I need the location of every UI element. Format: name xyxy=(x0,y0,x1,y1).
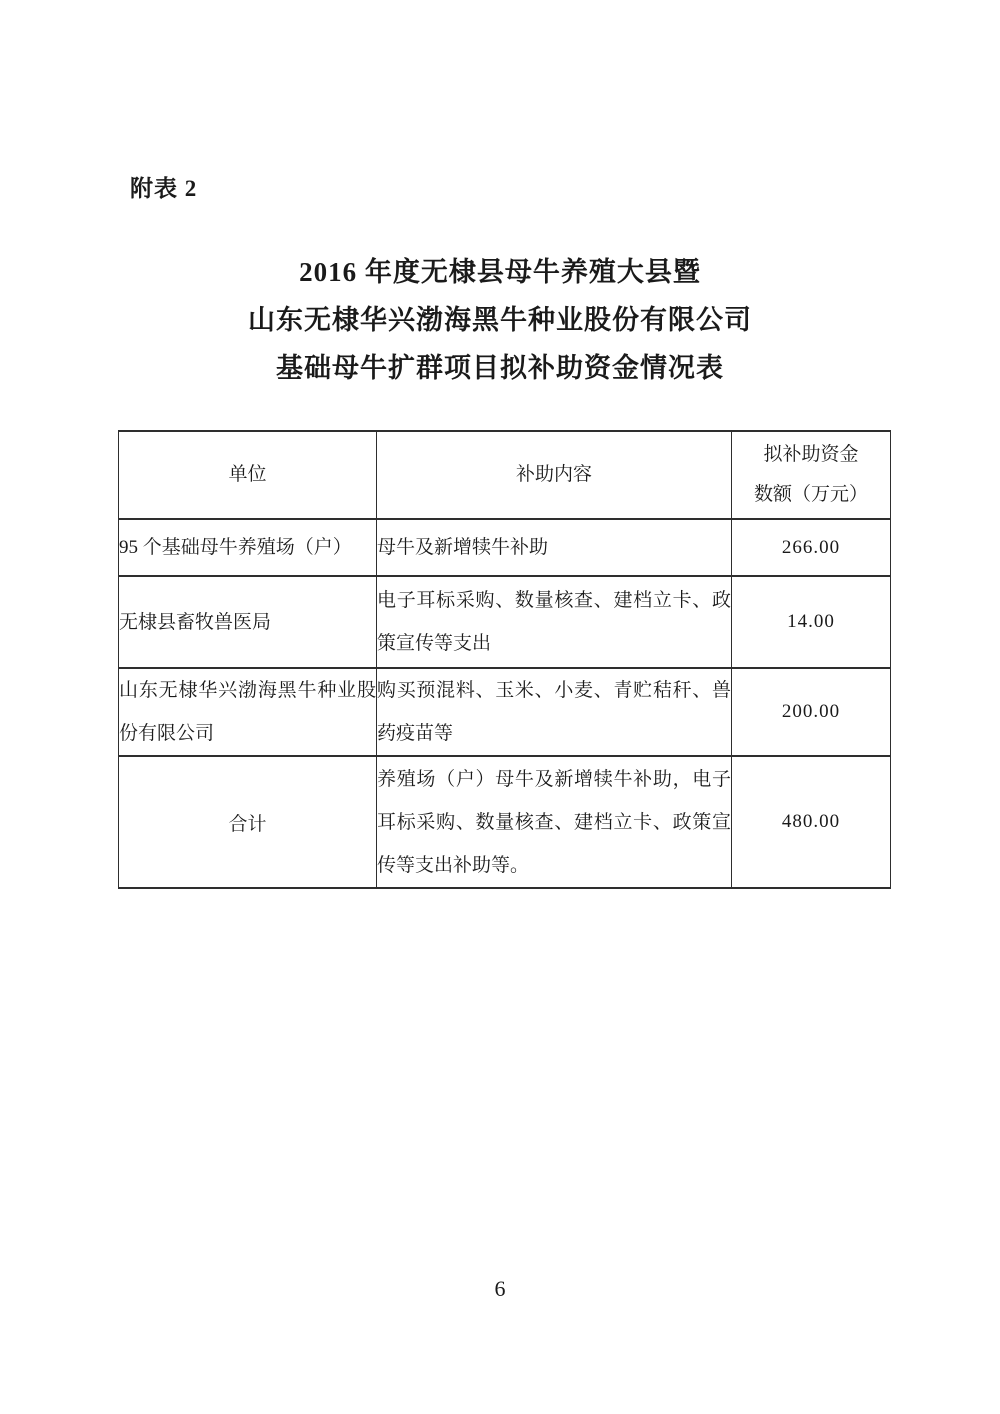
row-3-content: 购买预混料、玉米、小麦、青贮秸秆、兽药疫苗等 xyxy=(377,668,732,756)
header-content: 补助内容 xyxy=(377,431,732,519)
table-total-row: 合计 养殖场（户）母牛及新增犊牛补助，电子耳标采购、数量核查、建档立卡、政策宣传… xyxy=(119,756,891,888)
document-title: 2016 年度无棣县母牛养殖大县暨 山东无棣华兴渤海黑牛种业股份有限公司 基础母… xyxy=(0,248,1000,392)
header-unit: 单位 xyxy=(119,431,377,519)
subsidy-table: 单位 补助内容 拟补助资金 数额（万元） 95 个基础母牛养殖场（户） 母牛及新… xyxy=(118,430,891,889)
row-1-content: 母牛及新增犊牛补助 xyxy=(377,519,732,576)
total-row-amount: 480.00 xyxy=(732,756,891,888)
row-1-unit: 95 个基础母牛养殖场（户） xyxy=(119,519,377,576)
document-title-line-3: 基础母牛扩群项目拟补助资金情况表 xyxy=(0,344,1000,392)
row-3-amount: 200.00 xyxy=(732,668,891,756)
total-row-label: 合计 xyxy=(119,756,377,888)
row-3-unit: 山东无棣华兴渤海黑牛种业股份有限公司 xyxy=(119,668,377,756)
total-row-content: 养殖场（户）母牛及新增犊牛补助，电子耳标采购、数量核查、建档立卡、政策宣传等支出… xyxy=(377,756,732,888)
document-title-line-2: 山东无棣华兴渤海黑牛种业股份有限公司 xyxy=(0,296,1000,344)
table-row: 山东无棣华兴渤海黑牛种业股份有限公司 购买预混料、玉米、小麦、青贮秸秆、兽药疫苗… xyxy=(119,668,891,756)
row-2-amount: 14.00 xyxy=(732,576,891,668)
table-row: 无棣县畜牧兽医局 电子耳标采购、数量核查、建档立卡、政策宣传等支出 14.00 xyxy=(119,576,891,668)
table-header-row: 单位 补助内容 拟补助资金 数额（万元） xyxy=(119,431,891,519)
header-amount: 拟补助资金 数额（万元） xyxy=(732,431,891,519)
appendix-label: 附表 2 xyxy=(130,170,197,203)
table-row: 95 个基础母牛养殖场（户） 母牛及新增犊牛补助 266.00 xyxy=(119,519,891,576)
header-amount-line-2: 数额（万元） xyxy=(732,475,890,515)
row-1-amount: 266.00 xyxy=(732,519,891,576)
page-number: 6 xyxy=(0,1276,1000,1302)
row-2-unit: 无棣县畜牧兽医局 xyxy=(119,576,377,668)
row-2-content: 电子耳标采购、数量核查、建档立卡、政策宣传等支出 xyxy=(377,576,732,668)
document-title-line-1: 2016 年度无棣县母牛养殖大县暨 xyxy=(0,248,1000,296)
header-amount-line-1: 拟补助资金 xyxy=(732,435,890,475)
